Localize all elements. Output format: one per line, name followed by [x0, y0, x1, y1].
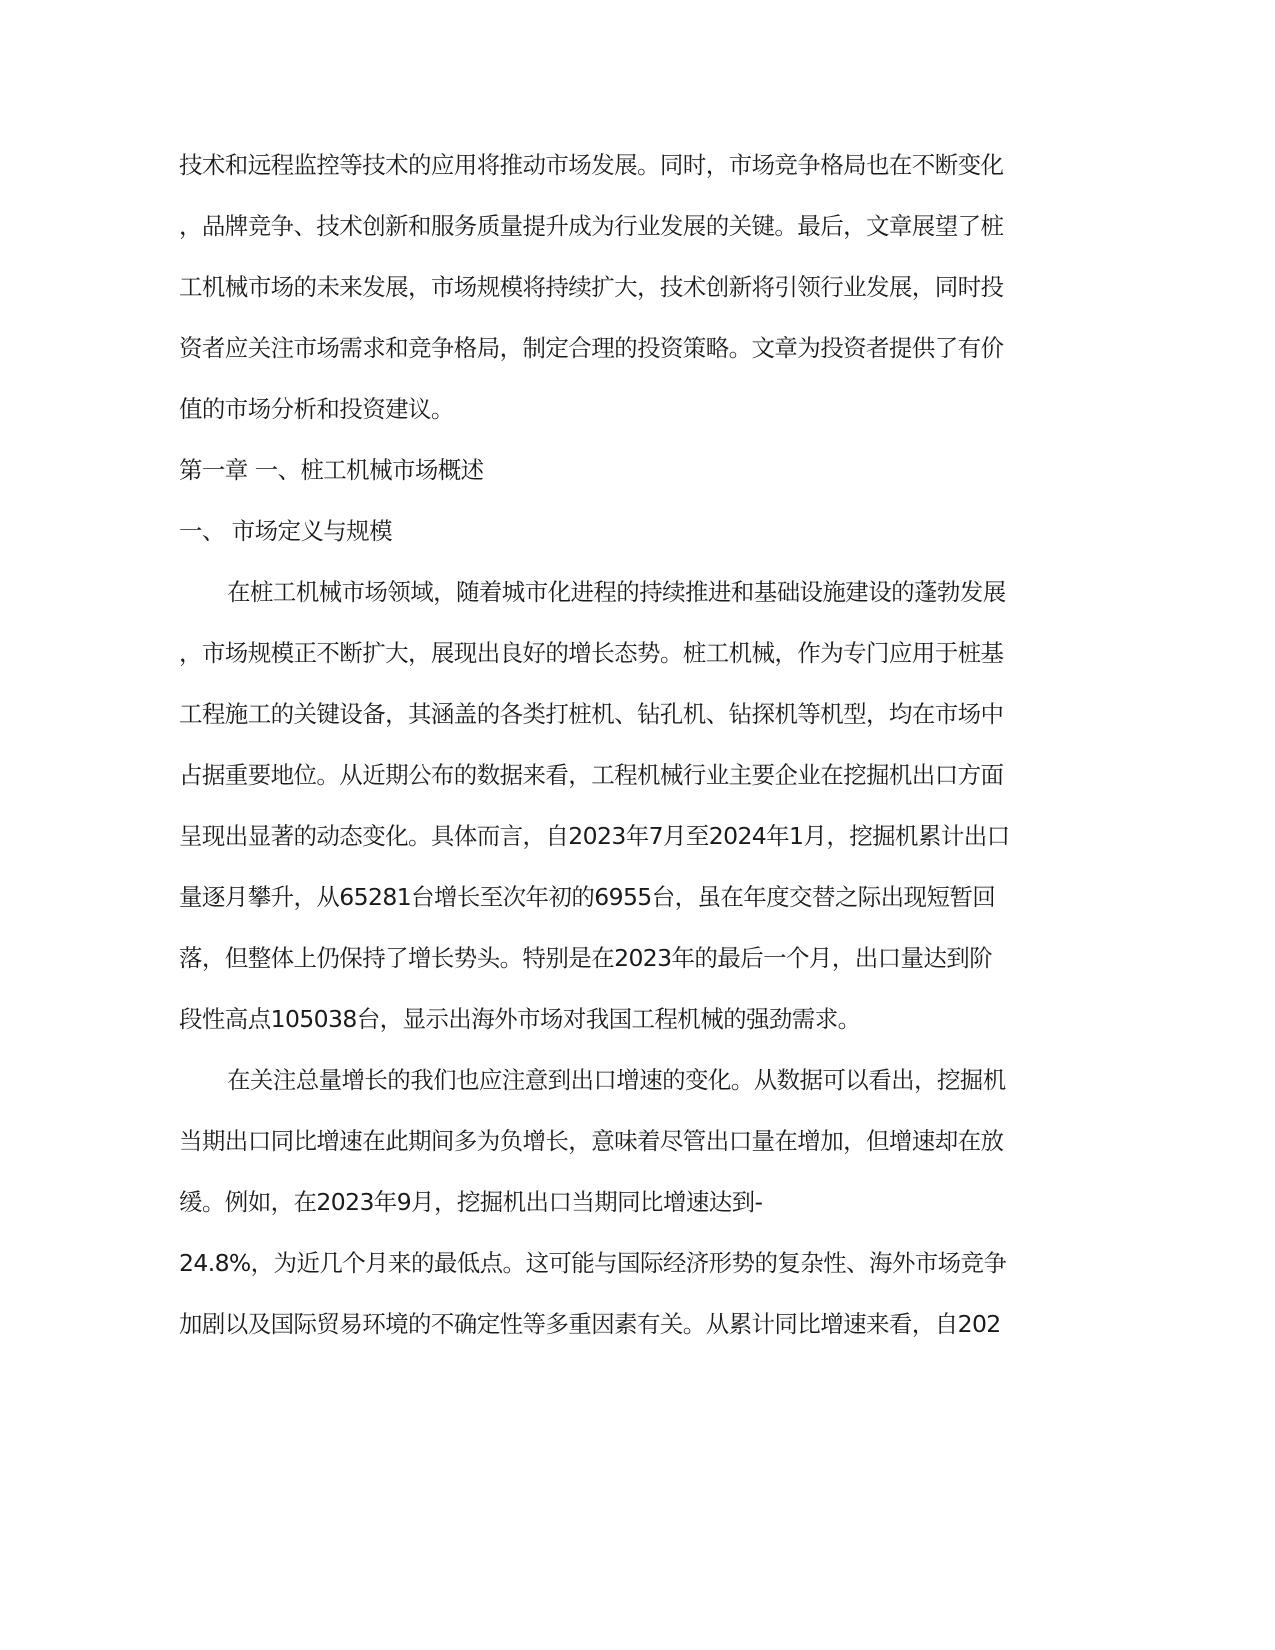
section-heading: 一、 市场定义与规模	[179, 516, 392, 546]
paragraph-line: 当期出口同比增速在此期间多为负增长，意味着尽管出口量在增加，但增速却在放	[179, 1126, 1003, 1156]
paragraph-line: 落，但整体上仍保持了增长势头。特别是在2023年的最后一个月，出口量达到阶	[179, 943, 992, 973]
paragraph-line: 在关注总量增长的我们也应注意到出口增速的变化。从数据可以看出，挖掘机	[227, 1065, 1006, 1095]
document-page: 技术和远程监控等技术的应用将推动市场发展。同时，市场竞争格局也在不断变化 ，品牌…	[0, 0, 1275, 1650]
paragraph-line: 值的市场分析和投资建议。	[179, 394, 454, 424]
paragraph-line: 段性高点105038台，显示出海外市场对我国工程机械的强劲需求。	[179, 1004, 861, 1034]
paragraph-line: ，品牌竞争、技术创新和服务质量提升成为行业发展的关键。最后，文章展望了桩	[179, 211, 1003, 241]
paragraph-line: 在桩工机械市场领域，随着城市化进程的持续推进和基础设施建设的蓬勃发展	[227, 577, 1006, 607]
paragraph-line: 量逐月攀升，从65281台增长至次年初的6955台，虽在年度交替之际出现短暂回	[179, 882, 995, 912]
paragraph-line: 工程施工的关键设备，其涵盖的各类打桩机、钻孔机、钻探机等机型，均在市场中	[179, 699, 1003, 729]
paragraph-line: 呈现出显著的动态变化。具体而言，自2023年7月至2024年1月，挖掘机累计出口	[179, 821, 1010, 851]
paragraph-line: 资者应关注市场需求和竞争格局，制定合理的投资策略。文章为投资者提供了有价	[179, 333, 1003, 363]
paragraph-line: 24.8%，为近几个月来的最低点。这可能与国际经济形势的复杂性、海外市场竞争	[179, 1248, 1006, 1278]
paragraph-line: 缓。例如，在2023年9月，挖掘机出口当期同比增速达到-	[179, 1187, 762, 1217]
paragraph-line: 加剧以及国际贸易环境的不确定性等多重因素有关。从累计同比增速来看，自202	[179, 1309, 1001, 1339]
paragraph-line: 工机械市场的未来发展，市场规模将持续扩大，技术创新将引领行业发展，同时投	[179, 272, 1003, 302]
paragraph-line: 技术和远程监控等技术的应用将推动市场发展。同时，市场竞争格局也在不断变化	[179, 150, 1003, 180]
paragraph-line: 占据重要地位。从近期公布的数据来看，工程机械行业主要企业在挖掘机出口方面	[179, 760, 1003, 790]
chapter-heading: 第一章 一、桩工机械市场概述	[179, 455, 484, 485]
paragraph-line: ，市场规模正不断扩大，展现出良好的增长态势。桩工机械，作为专门应用于桩基	[179, 638, 1003, 668]
